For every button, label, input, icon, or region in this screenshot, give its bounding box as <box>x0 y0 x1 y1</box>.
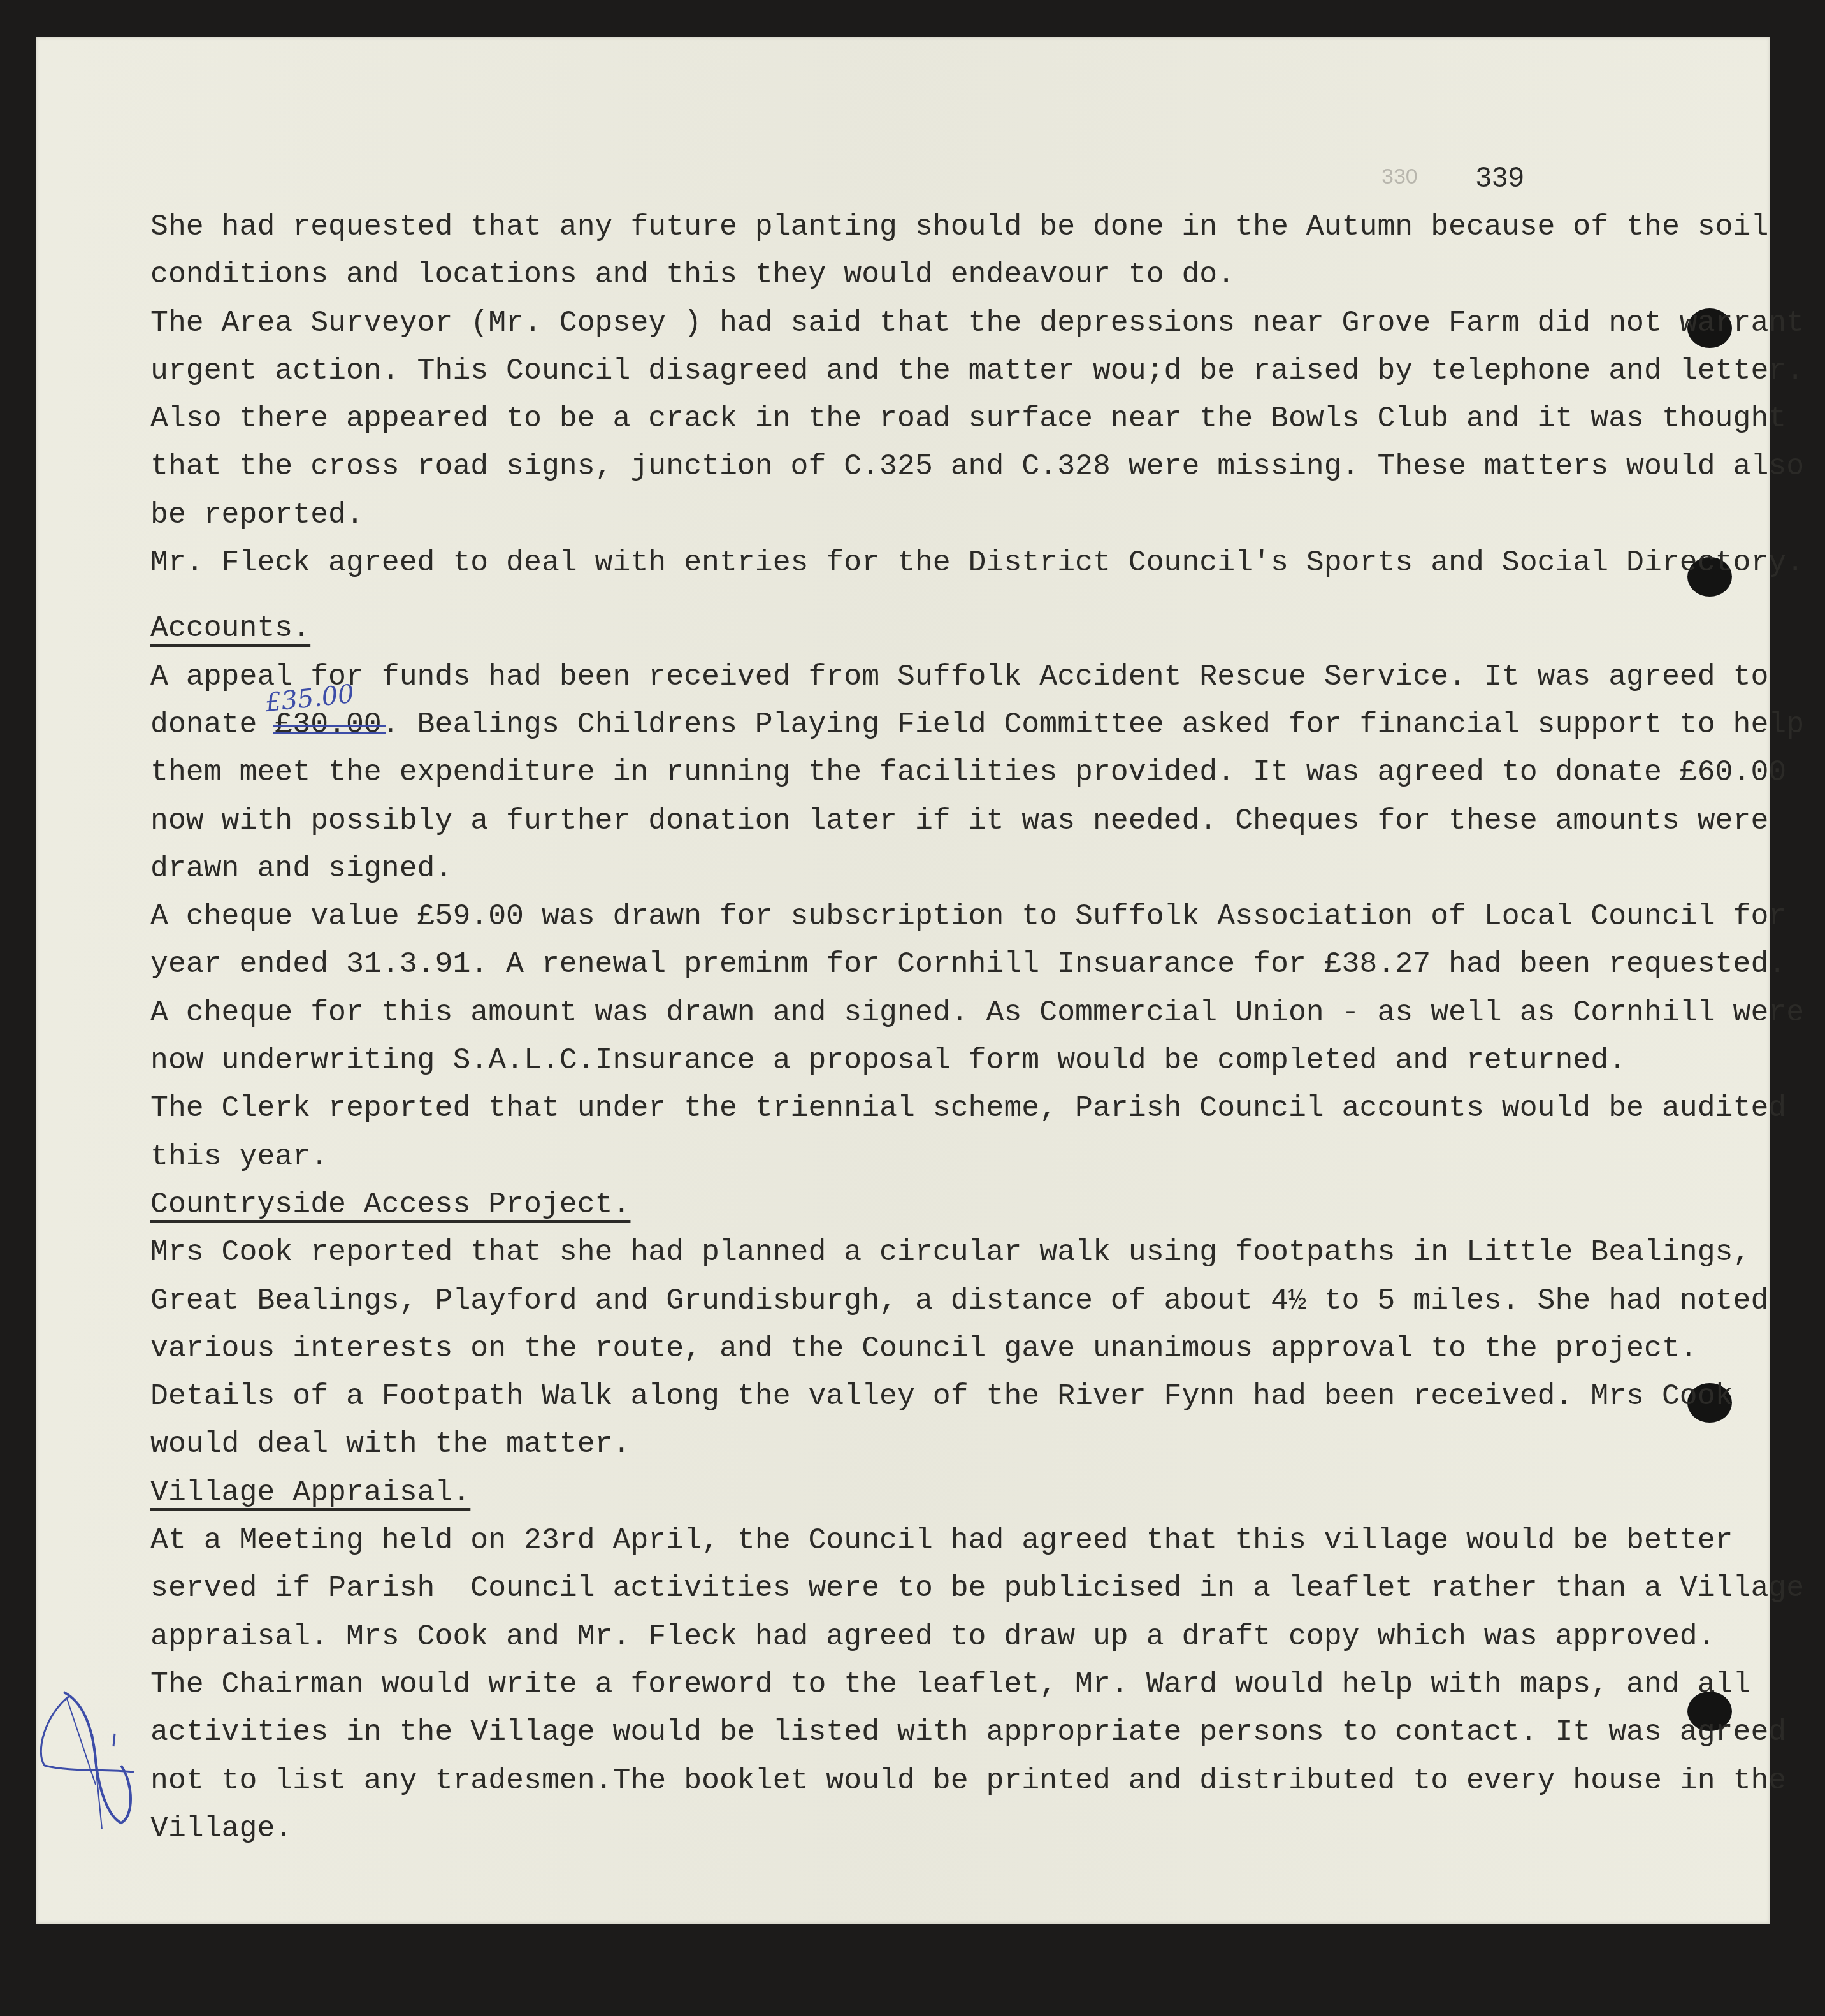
text-line: now underwriting S.A.L.C.Insurance a pro… <box>150 1036 1680 1084</box>
text-line: drawn and signed. <box>150 845 1680 892</box>
text-line: that the cross road signs, junction of C… <box>150 442 1680 490</box>
signature-initials-icon <box>32 1689 153 1836</box>
section-heading: Countryside Access Project. <box>150 1180 1680 1228</box>
text-line: year ended 31.3.91. A renewal preminm fo… <box>150 940 1680 988</box>
text-line: Also there appeared to be a crack in the… <box>150 395 1680 442</box>
handwritten-correction: £35.00 <box>263 671 356 728</box>
text-line: Great Bealings, Playford and Grundisburg… <box>150 1277 1680 1324</box>
minutes-body: She had requested that any future planti… <box>150 203 1680 1852</box>
page-number: 339 <box>1476 162 1524 194</box>
section-heading: Accounts. <box>150 604 1680 652</box>
text-line: this year. <box>150 1133 1680 1180</box>
text-line: Mrs Cook reported that she had planned a… <box>150 1228 1680 1276</box>
text-line: Mr. Fleck agreed to deal with entries fo… <box>150 539 1680 586</box>
text-line: various interests on the route, and the … <box>150 1324 1680 1372</box>
faint-page-number: 330 <box>1381 164 1418 189</box>
text-line: urgent action. This Council disagreed an… <box>150 347 1680 395</box>
text-line: served if Parish Council activities were… <box>150 1564 1680 1612</box>
text-line: appraisal. Mrs Cook and Mr. Fleck had ag… <box>150 1613 1680 1660</box>
text-line: A cheque value £59.00 was drawn for subs… <box>150 892 1680 940</box>
text-line: donate £30.00. Bealings Childrens Playin… <box>150 700 1680 748</box>
text-line: be reported. <box>150 491 1680 539</box>
text-line: She had requested that any future planti… <box>150 203 1680 250</box>
text-line: The Chairman would write a foreword to t… <box>150 1660 1680 1708</box>
text-line: A appeal for funds had been received fro… <box>150 653 1680 700</box>
text-line: The Clerk reported that under the trienn… <box>150 1084 1680 1132</box>
text-line: now with possibly a further donation lat… <box>150 797 1680 845</box>
section-heading: Village Appraisal. <box>150 1468 1680 1516</box>
text-line: Details of a Footpath Walk along the val… <box>150 1372 1680 1420</box>
text-line: Village. <box>150 1804 1680 1852</box>
text-line: not to list any tradesmen.The booklet wo… <box>150 1757 1680 1804</box>
text-line: The Area Surveyor (Mr. Copsey ) had said… <box>150 299 1680 347</box>
text-line: At a Meeting held on 23rd April, the Cou… <box>150 1516 1680 1564</box>
text-line: them meet the expenditure in running the… <box>150 748 1680 796</box>
text-line: activities in the Village would be liste… <box>150 1708 1680 1756</box>
text-line: would deal with the matter. <box>150 1420 1680 1468</box>
text-line: A cheque for this amount was drawn and s… <box>150 989 1680 1036</box>
text-line: conditions and locations and this they w… <box>150 250 1680 298</box>
